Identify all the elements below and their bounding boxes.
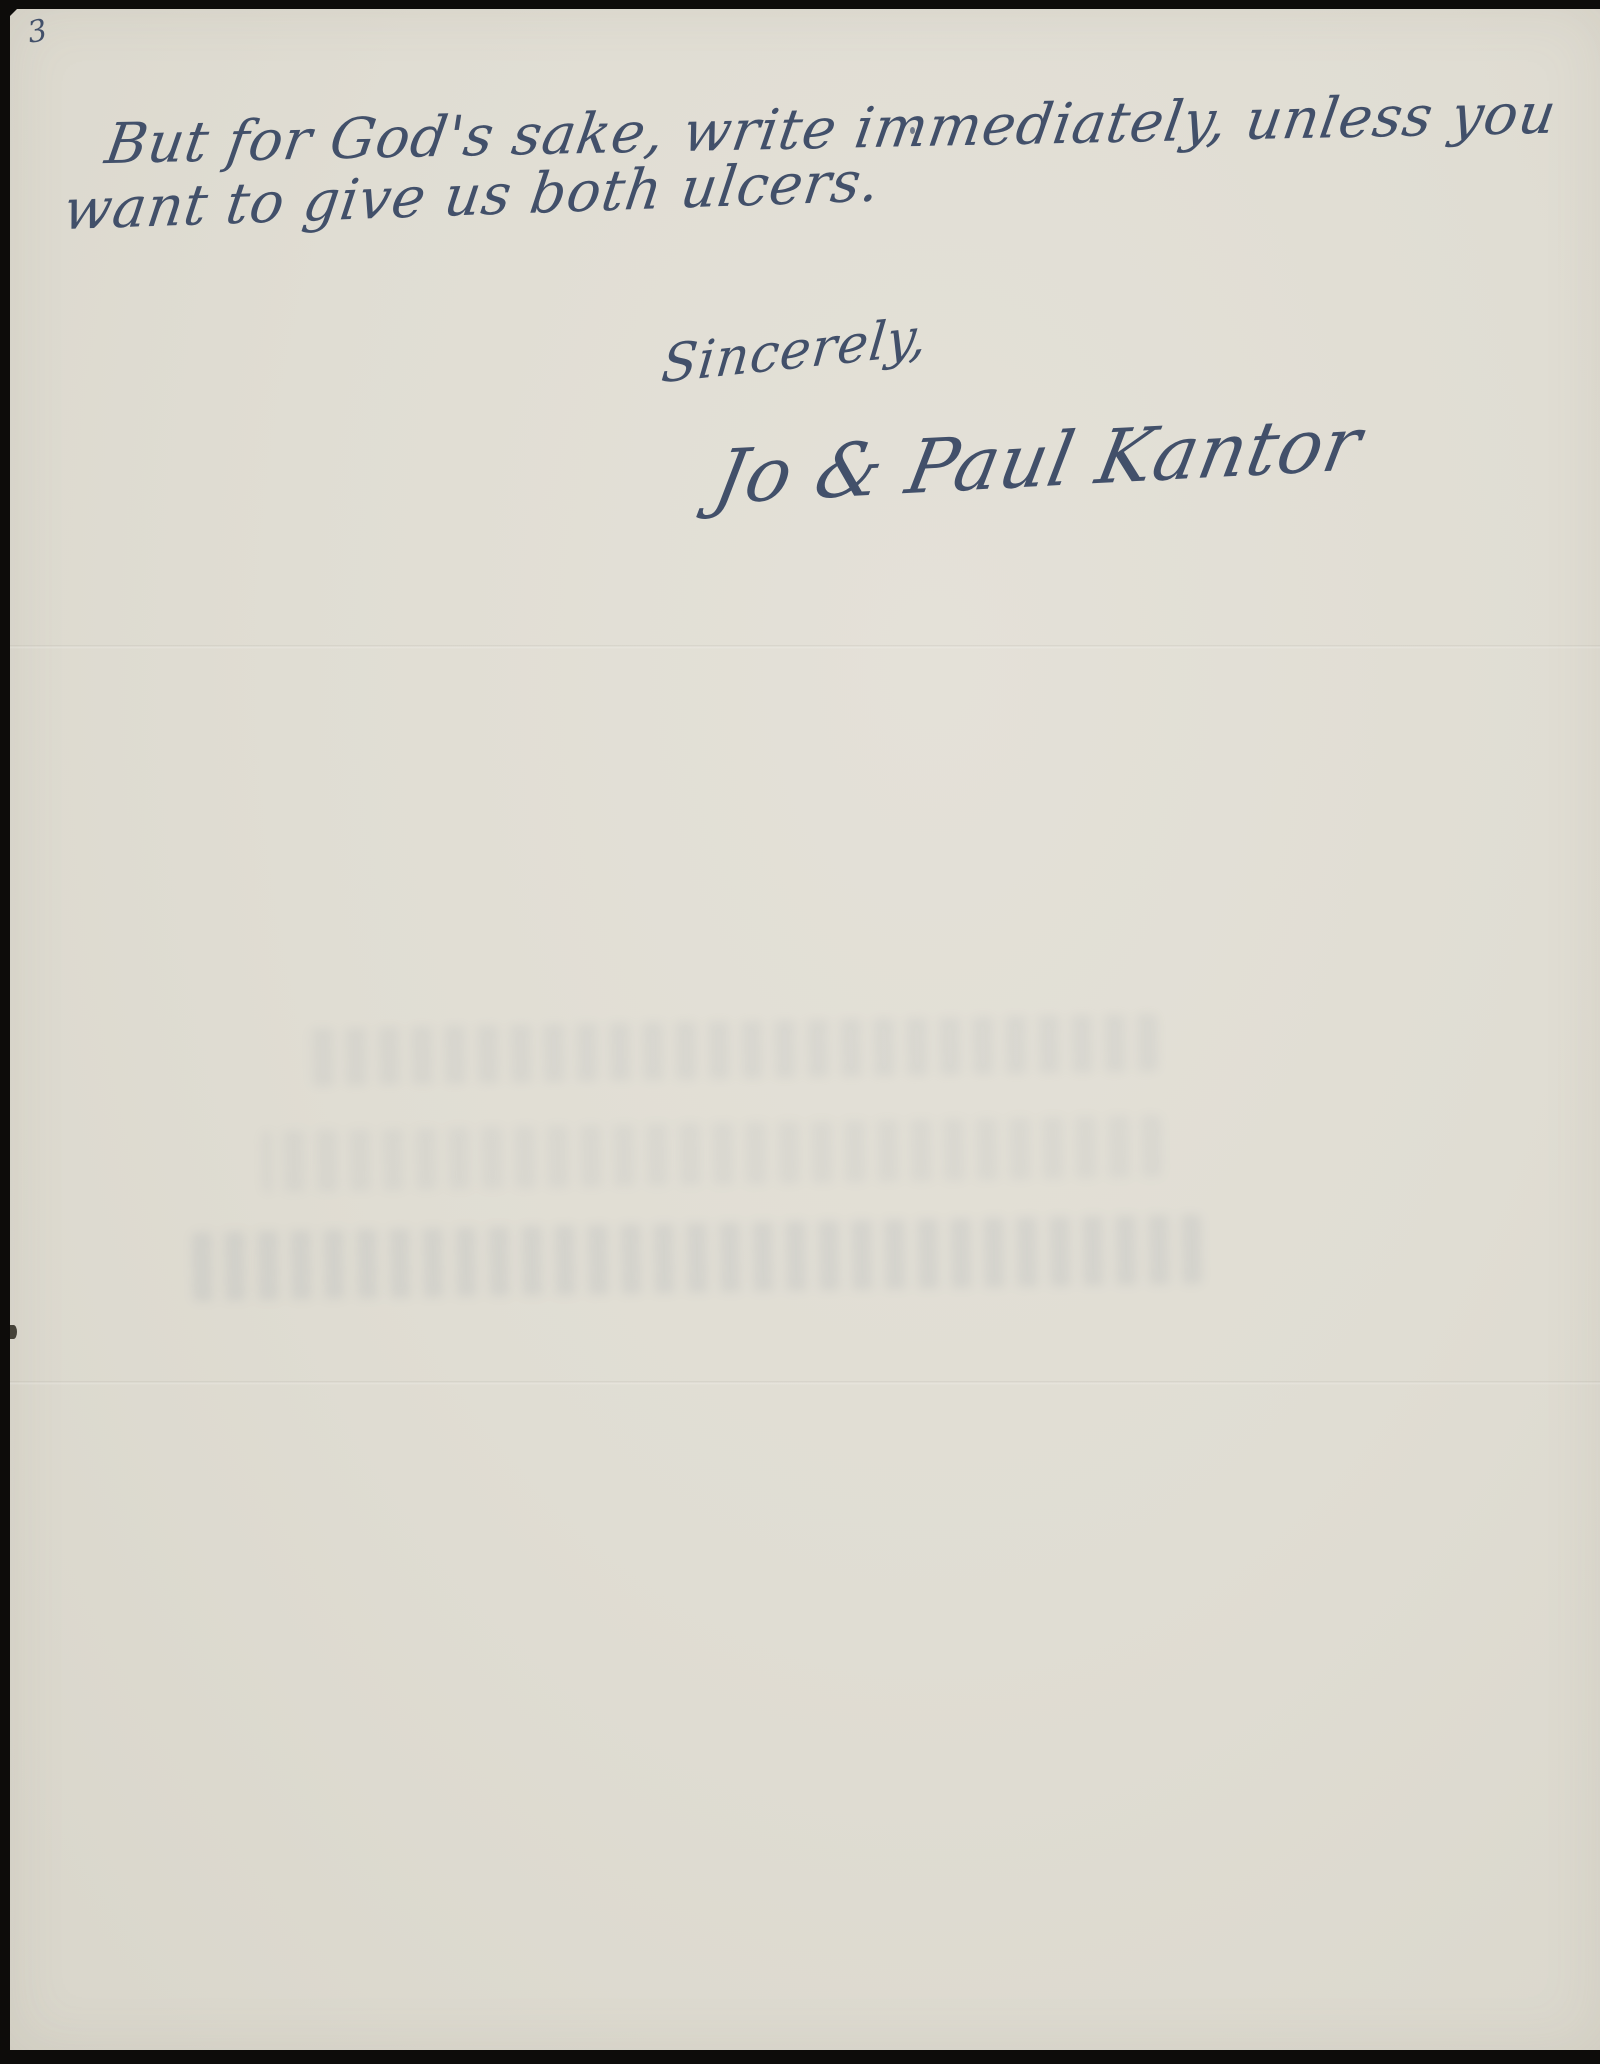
scan-background: 3 But for God's sake, write immediately,… [0,0,1600,2064]
paper-edge-speck [10,1325,17,1339]
bleed-through-text-line-3 [191,1214,1202,1302]
letter-page: 3 But for God's sake, write immediately,… [10,9,1600,2050]
scan-corner-notch [0,0,26,26]
fold-crease-upper [10,645,1600,649]
bleed-through-text-line-1 [302,1014,1159,1087]
fold-crease-lower [10,1381,1600,1385]
closing-salutation: Sincerely, [659,311,930,392]
bleed-through-text-line-2 [262,1115,1163,1193]
ink-speck [910,127,915,134]
page-number: 3 [25,16,50,49]
signature-jo-and-paul-kantor: Jo & Paul Kantor [709,407,1368,516]
